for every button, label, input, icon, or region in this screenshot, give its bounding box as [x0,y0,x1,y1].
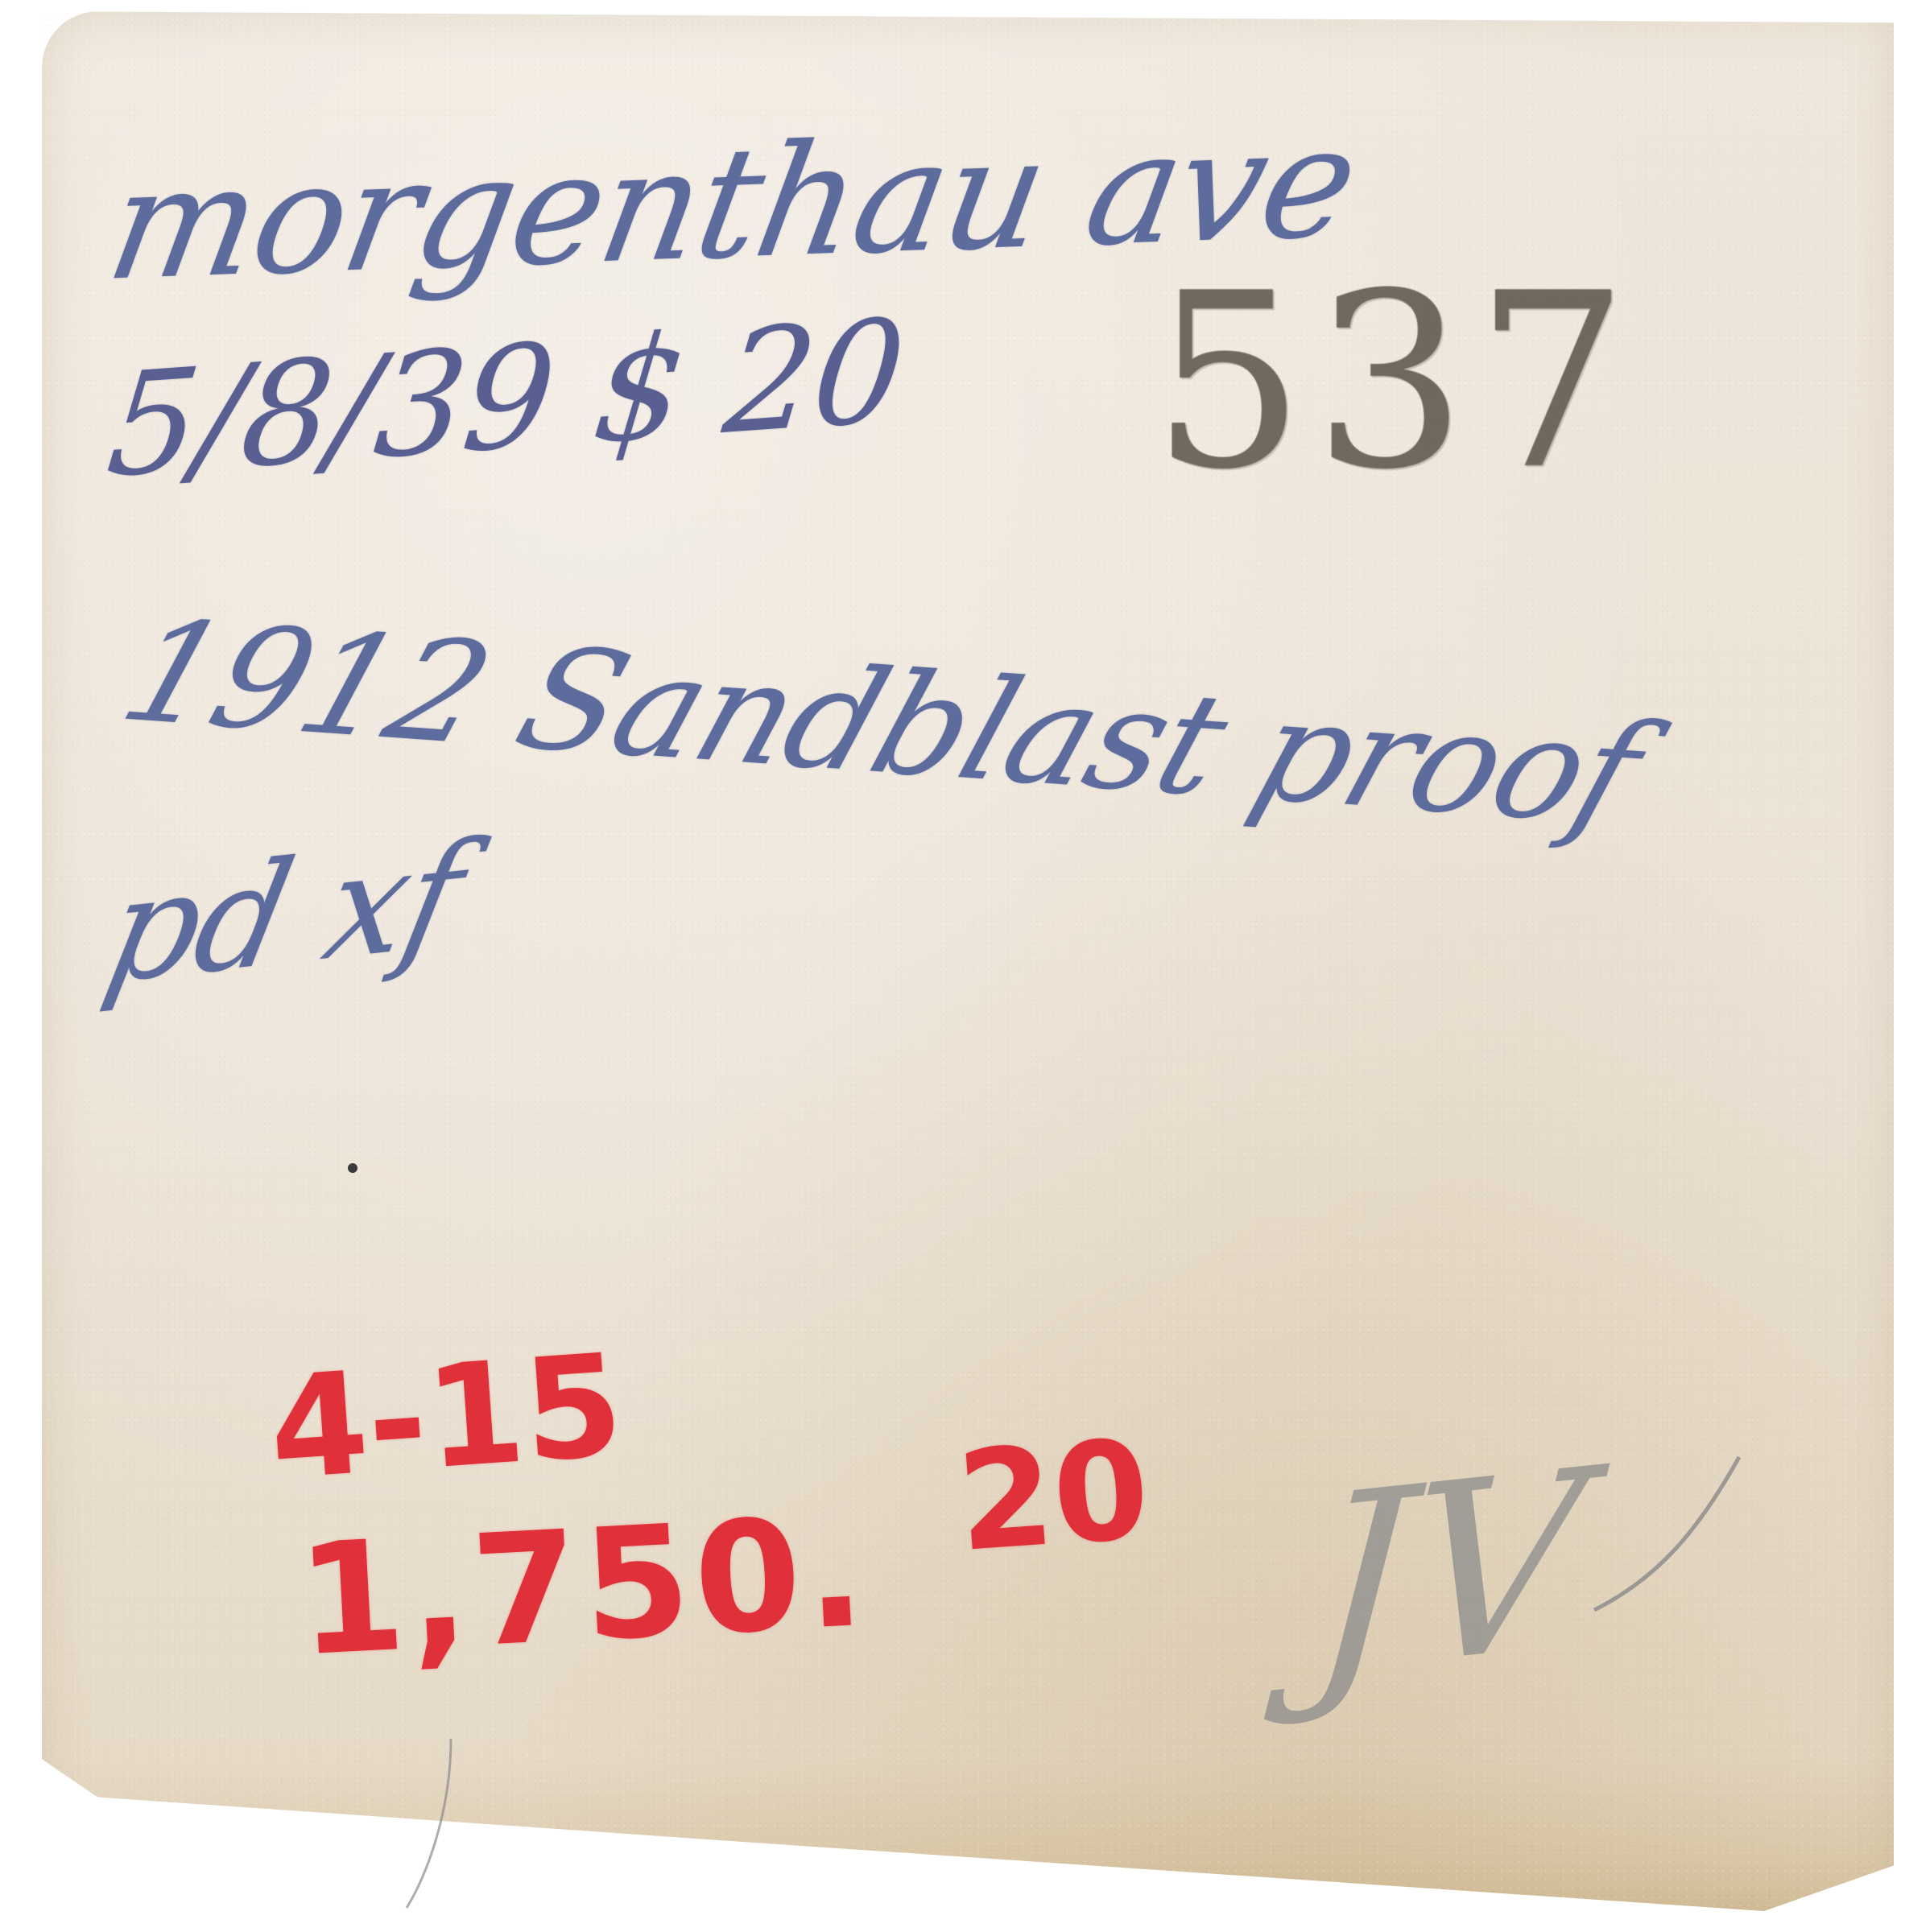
stamped-inventory-number: 537 [1151,242,1637,522]
red-ink-lot-number: 20 [953,1410,1154,1583]
ink-speck [348,1163,357,1173]
red-ink-price: 1,750. [294,1483,874,1690]
pencil-initials: JV [1304,1417,1593,1730]
red-ink-date: 4-15 [264,1324,627,1512]
